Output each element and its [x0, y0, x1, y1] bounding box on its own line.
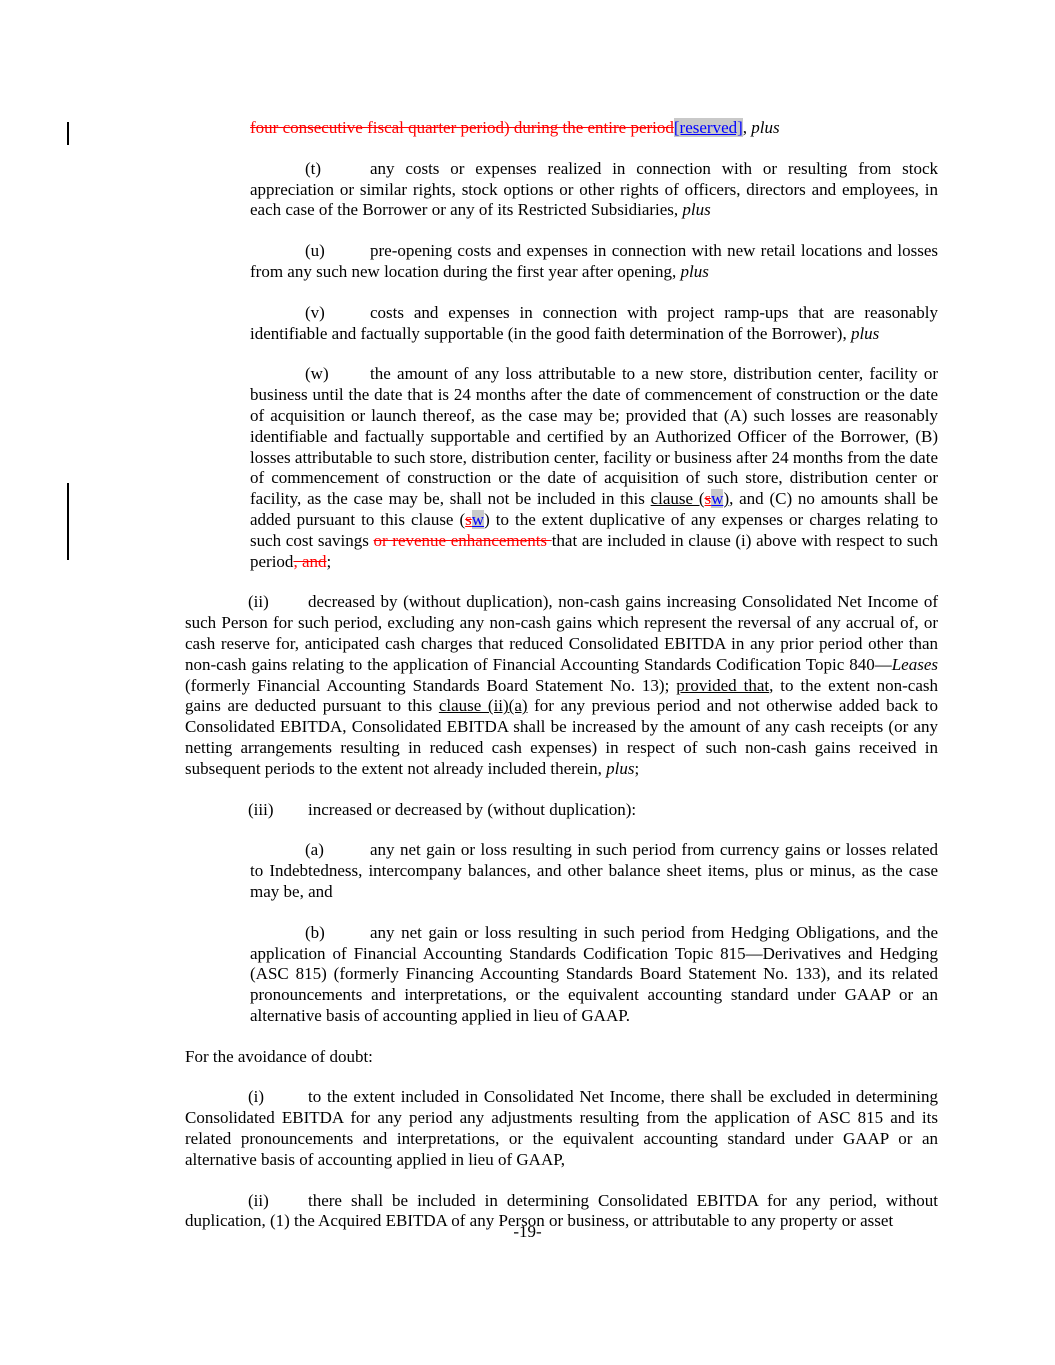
deleted-text: s	[465, 510, 472, 529]
text-run: plus	[851, 324, 879, 343]
paragraph-label: (i)	[248, 1087, 308, 1108]
paragraph-label: (iii)	[248, 800, 308, 821]
text-run: For the avoidance of doubt:	[185, 1047, 373, 1066]
paragraph-iii-b: (b)any net gain or loss resulting in suc…	[185, 923, 938, 1027]
paragraph-t: (t)any costs or expenses realized in con…	[185, 159, 938, 221]
text-run: plus	[681, 262, 709, 281]
paragraph-avoidance-i: (i)to the extent included in Consolidate…	[185, 1087, 938, 1170]
page-number: -19-	[0, 1222, 1055, 1242]
inserted-text: [reserved]	[674, 118, 743, 137]
inserted-text: w	[711, 489, 723, 508]
paragraph-v: (v)costs and expenses in connection with…	[185, 303, 938, 345]
text-run: plus	[606, 759, 634, 778]
paragraph-ii: (ii)decreased by (without duplication), …	[185, 592, 938, 779]
text-run: Leases	[892, 655, 938, 674]
document-body: four consecutive fiscal quarter period) …	[185, 118, 938, 1252]
paragraph-w: (w)the amount of any loss attributable t…	[185, 364, 938, 572]
text-run: clause (	[651, 489, 705, 508]
deleted-text: , and	[293, 552, 326, 571]
change-bar-middle	[67, 483, 69, 560]
text-run: (formerly Financial Accounting Standards…	[185, 676, 676, 695]
document-page: four consecutive fiscal quarter period) …	[0, 0, 1055, 1365]
paragraph-label: (t)	[305, 159, 370, 180]
paragraph-avoidance-intro: For the avoidance of doubt:	[185, 1047, 938, 1068]
text-run: clause (ii)(a)	[439, 696, 528, 715]
text-run: plus	[682, 200, 710, 219]
paragraph-u: (u)pre-opening costs and expenses in con…	[185, 241, 938, 283]
paragraph-reserved-line: four consecutive fiscal quarter period) …	[185, 118, 938, 139]
inserted-text: w	[472, 510, 484, 529]
deleted-text: or revenue enhancements	[374, 531, 552, 550]
text-run: ;	[326, 552, 331, 571]
paragraph-iii-a: (a)any net gain or loss resulting in suc…	[185, 840, 938, 902]
paragraph-label: (a)	[305, 840, 370, 861]
paragraph-iii: (iii)increased or decreased by (without …	[185, 800, 938, 821]
paragraph-label: (v)	[305, 303, 370, 324]
change-bar-top	[67, 122, 69, 145]
paragraph-label: (ii)	[248, 592, 308, 613]
text-run: provided that	[676, 676, 769, 695]
paragraph-label: (b)	[305, 923, 370, 944]
text-run: the amount of any loss attributable to a…	[250, 364, 938, 508]
text-run: increased or decreased by (without dupli…	[308, 800, 636, 819]
deleted-text: four consecutive fiscal quarter period) …	[250, 118, 674, 137]
paragraph-label: (w)	[305, 364, 370, 385]
text-run: plus	[751, 118, 779, 137]
text-run: ;	[634, 759, 639, 778]
paragraph-label: (u)	[305, 241, 370, 262]
paragraph-label: (ii)	[248, 1191, 308, 1212]
